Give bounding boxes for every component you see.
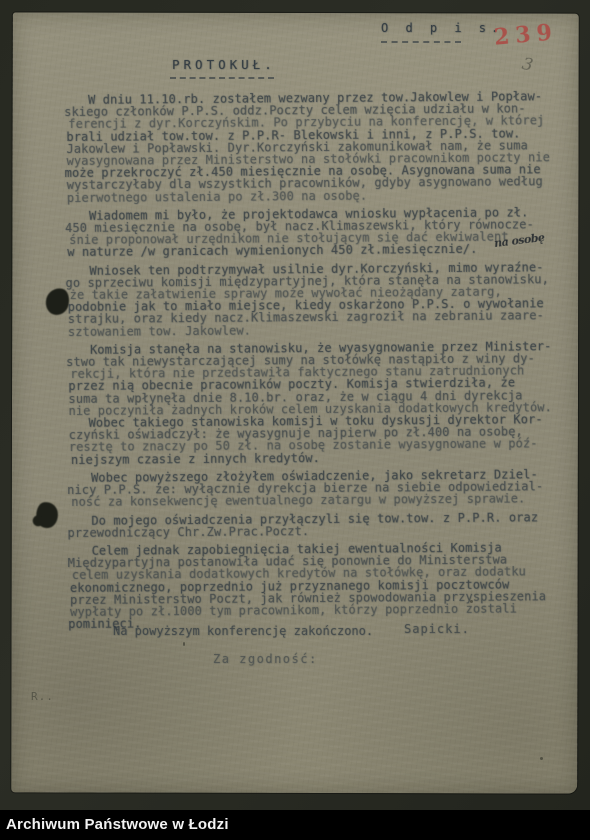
typed-line: w naturze /w granicach wymienionych 450 … (67, 243, 553, 259)
paragraph: Wniosek ten podtrzymywał usilnie dyr.Kor… (67, 261, 554, 338)
paper-speck (183, 642, 185, 646)
paragraph: W dniu 11.10.rb. zostałem wezwany przez … (66, 90, 553, 204)
paragraph: Komisja stanęła na stanowisku, że wyasyg… (68, 340, 555, 466)
copy-stamp-underline (381, 31, 461, 43)
archive-name-label: Archiwum Państwowe w Łodzi (6, 810, 229, 840)
paper-speck (470, 600, 473, 603)
typed-line: ność za konsekwencję ewentualnego zatarg… (71, 492, 557, 508)
archival-number-red: 239 (493, 19, 559, 50)
document-body: W dniu 11.10.rb. zostałem wezwany przez … (66, 90, 556, 636)
pencil-corner-mark: R.. (31, 690, 54, 703)
typed-line: przewodniczący Chr.Zw.Prac.Poczt. (67, 523, 553, 539)
typed-line: sztowaniem tow. Jakowlew. (68, 322, 554, 338)
typed-line: pierwotnego ustalenia po zł.300 na osobę… (67, 188, 553, 204)
certification-line: Za zgodność: (213, 652, 318, 666)
closing-statement: Na powyższym konferencję zakończono. (113, 624, 373, 638)
paragraph: Celem jednak zapobiegnięcia takiej ewent… (70, 541, 557, 630)
paragraph: Do mojego oświadczenia przyłączyli się t… (69, 511, 555, 539)
typed-line: niejszym czasie z innych kredytów. (71, 450, 557, 466)
signature: Sapicki. (404, 622, 470, 636)
paragraph: Wiadomem mi było, że projektodawca wnios… (67, 206, 553, 259)
document-title-underline (170, 67, 274, 79)
paper-speck (540, 757, 543, 760)
paragraph: Wobec powyższego złożyłem oświadczenie, … (69, 468, 555, 508)
archive-scan-page: O d p i s. 239 3 PROTOKUŁ. W dniu 11.10.… (0, 0, 590, 840)
archive-caption-bar: Archiwum Państwowe w Łodzi (0, 810, 590, 840)
